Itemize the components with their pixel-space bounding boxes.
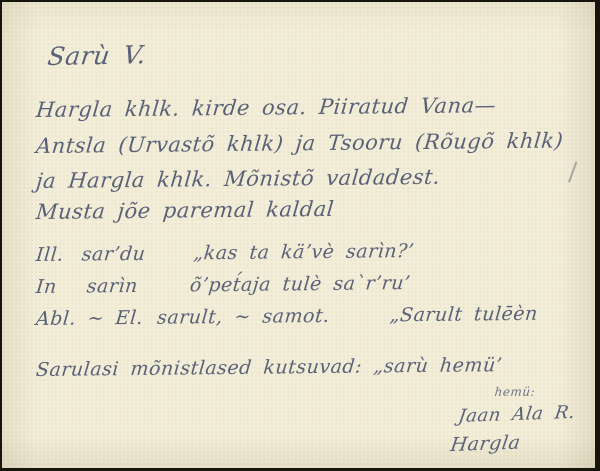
word-form: sarult, ~ samot.	[156, 305, 331, 329]
grammar-form-line: In sarìn õʼpet́aja tulè saˋrʼru’	[35, 272, 412, 298]
signature-place: Hargla	[449, 432, 522, 456]
grammar-form-line: Abl. ~ El. sarult, ~ samot. „Sarult tulē…	[35, 303, 539, 330]
archive-card: Sarù V. Hargla khlk. kirde osa. Piiratud…	[0, 0, 600, 471]
handwritten-line: Hargla khlk. kirde osa. Piiratud Vana—	[35, 92, 598, 122]
signature-name: Jaan Ala R.	[457, 402, 577, 427]
case-label: Ill.	[35, 244, 65, 266]
usage-example: „kas ta käʼvè sarìn?’	[192, 240, 415, 264]
word-form: sarʼdu	[81, 243, 147, 266]
word-form: sarìn	[86, 275, 139, 298]
card-title: Sarù V.	[46, 40, 148, 71]
grammar-form-line: Ill. sarʼdu „kas ta käʼvè sarìn?’	[35, 240, 415, 266]
note-correction: hemü:	[494, 385, 536, 399]
usage-example: „Sarult tulēèn	[389, 303, 539, 327]
stray-pen-mark	[568, 161, 577, 182]
case-label: Abl. ~ El.	[35, 307, 144, 330]
usage-example: õʼpet́aja tulè saˋrʼru’	[189, 272, 412, 296]
handwritten-line: ja Hargla khlk. Mõnistõ valdadest.	[35, 165, 441, 193]
handwritten-line: Antsla (Urvastõ khlk) ja Tsooru (Rõugõ k…	[35, 128, 564, 158]
case-label: In	[35, 276, 58, 298]
note-line: Sarulasi mõnistlased kutsuvad: „sarù hem…	[35, 354, 503, 381]
handwritten-line: Musta jõe paremal kaldal	[35, 197, 335, 224]
